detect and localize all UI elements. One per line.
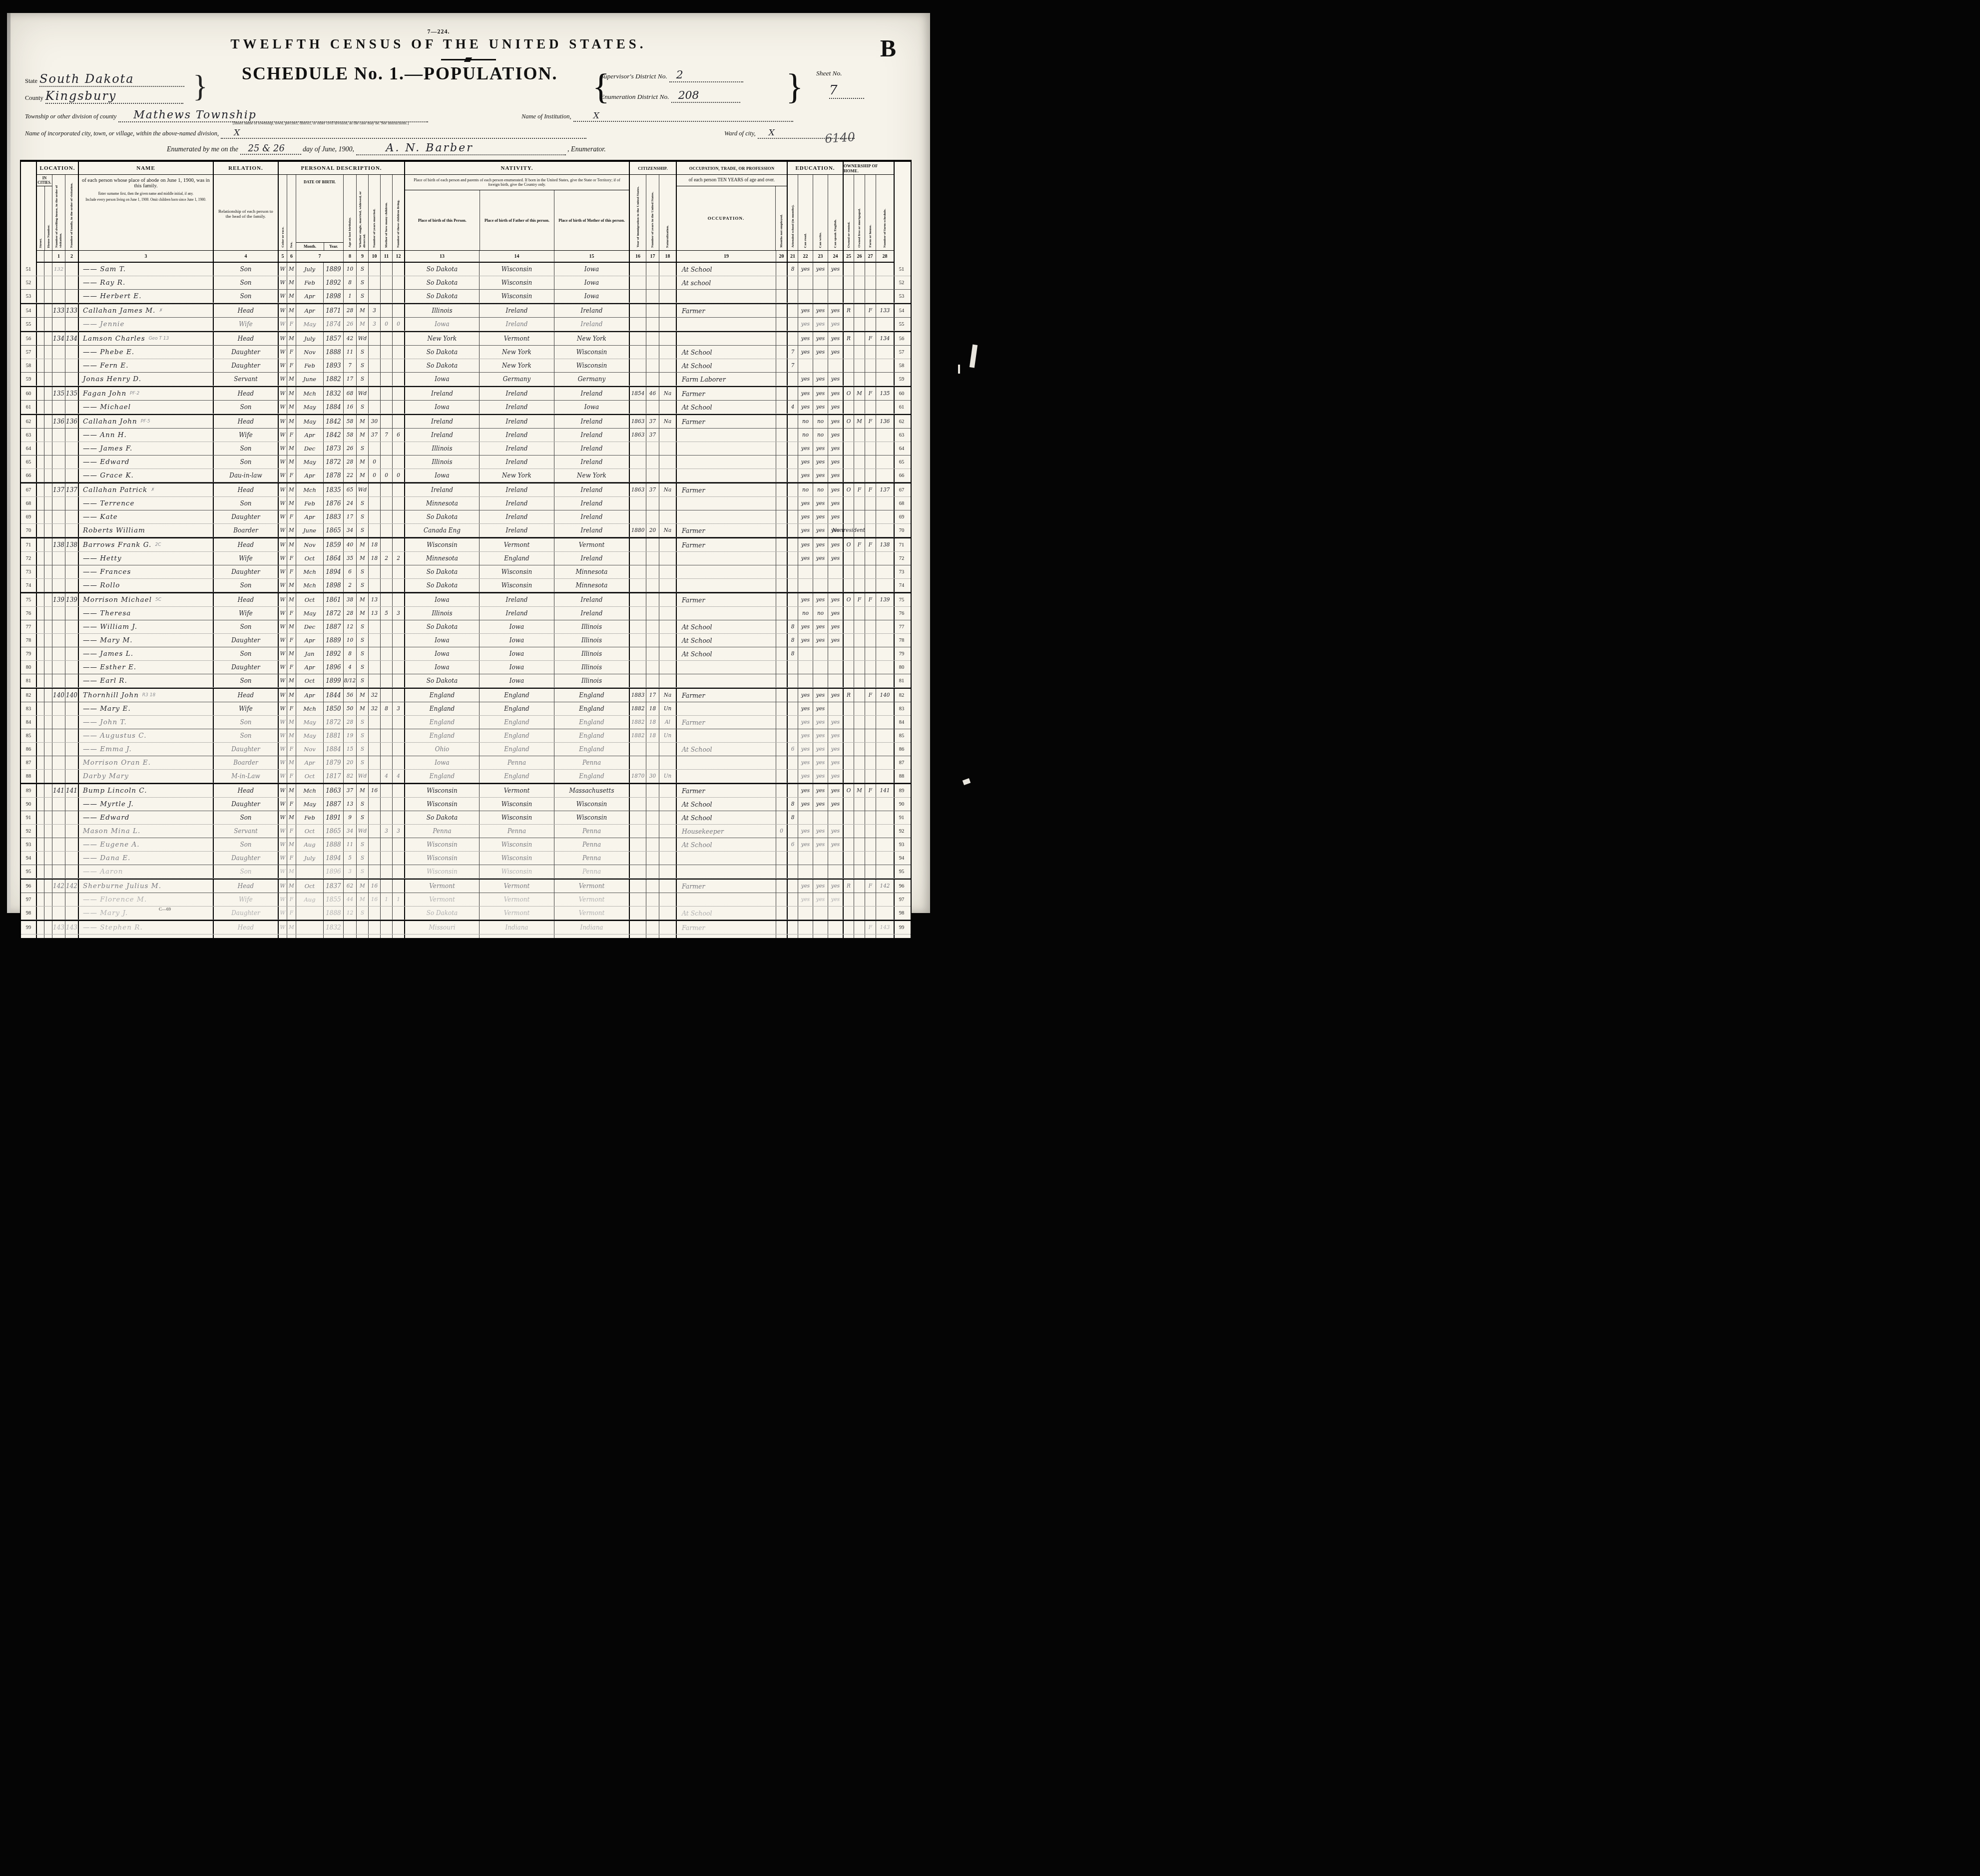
cell-att bbox=[787, 770, 798, 783]
cell-ym: 13 bbox=[368, 593, 380, 606]
cell-na bbox=[659, 497, 676, 510]
cell-en: yes bbox=[828, 497, 843, 510]
cell-mo bbox=[296, 907, 323, 920]
cell-p2: Ireland bbox=[479, 483, 554, 496]
institution-label: Name of Institution, bbox=[521, 113, 571, 120]
cell-mo: Apr bbox=[296, 756, 323, 769]
cell-na bbox=[659, 784, 676, 797]
pencil-annotation: 2C bbox=[155, 542, 161, 547]
cell-age: 10 bbox=[343, 263, 356, 276]
cell-hn bbox=[44, 497, 52, 510]
cell-hn bbox=[44, 661, 52, 674]
cell-en bbox=[828, 579, 843, 592]
cell-p3: Ireland bbox=[554, 510, 629, 523]
cell-wr: yes bbox=[813, 702, 828, 715]
cell-ym bbox=[368, 838, 380, 851]
cell-att bbox=[787, 497, 798, 510]
cell-rd: yes bbox=[798, 469, 813, 482]
cell-ml: 4 bbox=[392, 770, 404, 783]
cell-occ: Farmer bbox=[676, 921, 776, 934]
cell-occ bbox=[676, 607, 776, 620]
cell-own bbox=[843, 674, 854, 687]
section-location: LOCATION. bbox=[36, 162, 78, 175]
cell-ms: S bbox=[356, 838, 368, 851]
cell-rd: yes bbox=[798, 456, 813, 469]
cell-fs bbox=[876, 743, 894, 756]
cell-d bbox=[52, 647, 65, 660]
cell-rd: yes bbox=[798, 538, 813, 551]
cell-mne bbox=[776, 907, 787, 920]
cell-own bbox=[843, 907, 854, 920]
cell-c: W bbox=[278, 770, 287, 783]
cell-mb: 1 bbox=[380, 893, 392, 906]
cell-ms: S bbox=[356, 442, 368, 455]
cell-f bbox=[65, 825, 78, 838]
cell-ml bbox=[392, 456, 404, 469]
incorporated-city-label: Name of incorporated city, town, or vill… bbox=[25, 130, 219, 137]
cell-occ: Farmer bbox=[676, 483, 776, 496]
cell-mo: Dec bbox=[296, 442, 323, 455]
cell-rel: Head bbox=[213, 538, 278, 551]
cell-iy: 1882 bbox=[629, 702, 646, 715]
cell-fs bbox=[876, 935, 894, 938]
cell-fs bbox=[876, 825, 894, 838]
cell-en: yes bbox=[828, 593, 843, 606]
cell-occ bbox=[676, 852, 776, 865]
cell-ym: 18 bbox=[368, 538, 380, 551]
cell-na bbox=[659, 852, 676, 865]
cell-own bbox=[843, 647, 854, 660]
cell-na bbox=[659, 346, 676, 359]
cell-p1: Iowa bbox=[404, 401, 479, 414]
cell-wr bbox=[813, 935, 828, 938]
table-row: 54133133Callahan James M.✗HeadWMApr18712… bbox=[21, 303, 911, 318]
cell-yr: 1832 bbox=[323, 387, 343, 400]
cell-ms: S bbox=[356, 716, 368, 729]
cell-d bbox=[52, 442, 65, 455]
column-number: 18 bbox=[659, 251, 676, 263]
cell-ms: M bbox=[356, 893, 368, 906]
cell-occ: At School bbox=[676, 263, 776, 276]
cell-s: F bbox=[287, 935, 296, 938]
cell-na bbox=[659, 442, 676, 455]
cell-st bbox=[36, 290, 44, 303]
cell-ms: Wd bbox=[356, 387, 368, 400]
cell-fh: F bbox=[865, 483, 876, 496]
cell-en: yes bbox=[828, 415, 843, 428]
cell-rd: yes bbox=[798, 442, 813, 455]
cell-age: 6 bbox=[343, 565, 356, 578]
cell-p3: New York bbox=[554, 469, 629, 482]
col-farm-or-house: Farm or house. bbox=[865, 175, 876, 251]
cell-own bbox=[843, 565, 854, 578]
cell-ms: S bbox=[356, 510, 368, 523]
cell-own bbox=[843, 510, 854, 523]
col-birthplace-mother: Place of birth of Mother of this person. bbox=[554, 190, 629, 250]
cell-st bbox=[36, 401, 44, 414]
cell-s: F bbox=[287, 743, 296, 756]
cell-fs bbox=[876, 647, 894, 660]
cell-ym bbox=[368, 798, 380, 811]
cell-age: 34 bbox=[343, 524, 356, 537]
cell-p2: Iowa bbox=[479, 647, 554, 660]
township-value: Mathews Township bbox=[118, 109, 428, 122]
cell-p1: Wisconsin bbox=[404, 538, 479, 551]
cell-fm bbox=[854, 716, 865, 729]
cell-att bbox=[787, 825, 798, 838]
cell-iy: 1882 bbox=[629, 729, 646, 742]
cell-own: O bbox=[843, 415, 854, 428]
cell-p2: Wisconsin bbox=[479, 565, 554, 578]
table-row: 77—— William J.SonWMDec188712SSo DakotaI… bbox=[21, 620, 911, 634]
cell-age bbox=[343, 921, 356, 934]
cell-p2: Wisconsin bbox=[479, 852, 554, 865]
ward-field: Ward of city, X bbox=[724, 128, 855, 139]
cell-rn: 54 bbox=[21, 304, 36, 317]
cell-iy bbox=[629, 332, 646, 345]
cell-ml bbox=[392, 263, 404, 276]
cell-fs bbox=[876, 634, 894, 647]
cell-rn: 59 bbox=[21, 373, 36, 386]
cell-rn2: 90 bbox=[894, 798, 909, 811]
district-brace-open: { bbox=[592, 66, 610, 107]
col-house-number: House Number. bbox=[44, 186, 52, 250]
cell-iy bbox=[629, 469, 646, 482]
cell-rd bbox=[798, 811, 813, 824]
cell-p2: Wisconsin bbox=[479, 865, 554, 878]
cell-mne bbox=[776, 647, 787, 660]
cell-st bbox=[36, 469, 44, 482]
cell-yu bbox=[646, 838, 659, 851]
cell-rd: yes bbox=[798, 784, 813, 797]
cell-ml: 3 bbox=[392, 607, 404, 620]
cell-ym bbox=[368, 359, 380, 372]
cell-occ: Farmer bbox=[676, 689, 776, 702]
cell-st bbox=[36, 702, 44, 715]
cell-rel: Head bbox=[213, 483, 278, 496]
cell-rn2: 88 bbox=[894, 770, 909, 783]
cell-p2: England bbox=[479, 770, 554, 783]
cell-name: Callahan James M.✗ bbox=[78, 304, 213, 317]
table-row: 66—— Grace K.Dau-in-lawWFApr187822M000Io… bbox=[21, 469, 911, 482]
cell-fh bbox=[865, 756, 876, 769]
cell-mb bbox=[380, 304, 392, 317]
pencil-annotation: ✗ bbox=[151, 487, 155, 492]
cell-c: W bbox=[278, 689, 287, 702]
cell-st bbox=[36, 674, 44, 687]
cell-fh: F bbox=[865, 689, 876, 702]
cell-fm bbox=[854, 634, 865, 647]
cell-f: 138 bbox=[65, 538, 78, 551]
cell-name: Darby Mary bbox=[78, 770, 213, 783]
cell-f bbox=[65, 469, 78, 482]
cell-fm: M bbox=[854, 415, 865, 428]
cell-rd: yes bbox=[798, 263, 813, 276]
cell-p3: Iowa bbox=[554, 276, 629, 289]
cell-f bbox=[65, 524, 78, 537]
cell-mb bbox=[380, 716, 392, 729]
cell-yr: 1857 bbox=[323, 332, 343, 345]
cell-s: M bbox=[287, 880, 296, 893]
cell-ym: 16 bbox=[368, 880, 380, 893]
cell-yu bbox=[646, 921, 659, 934]
cell-mne bbox=[776, 276, 787, 289]
cell-ms: S bbox=[356, 359, 368, 372]
table-row: 83—— Mary E.WifeWFMch185050M3283EnglandE… bbox=[21, 702, 911, 716]
cell-rd: yes bbox=[798, 497, 813, 510]
cell-fh bbox=[865, 935, 876, 938]
cell-yu bbox=[646, 304, 659, 317]
cell-wr: yes bbox=[813, 263, 828, 276]
cell-name: —— Myrtle J. bbox=[78, 798, 213, 811]
cell-en: yes bbox=[828, 880, 843, 893]
cell-s: F bbox=[287, 469, 296, 482]
cell-rel: Son bbox=[213, 865, 278, 878]
cell-d bbox=[52, 620, 65, 633]
cell-f bbox=[65, 702, 78, 715]
cell-yr: 1896 bbox=[323, 661, 343, 674]
cell-na bbox=[659, 429, 676, 442]
cell-yr: 1835 bbox=[323, 483, 343, 496]
cell-s: F bbox=[287, 907, 296, 920]
cell-name: —— Kate bbox=[78, 510, 213, 523]
cell-p1: So Dakota bbox=[404, 620, 479, 633]
cell-d bbox=[52, 290, 65, 303]
cell-mb bbox=[380, 456, 392, 469]
cell-iy bbox=[629, 935, 646, 938]
cell-iy bbox=[629, 276, 646, 289]
cell-fm bbox=[854, 276, 865, 289]
cell-name: —— Esther E. bbox=[78, 661, 213, 674]
cell-age: 24 bbox=[343, 497, 356, 510]
cell-occ bbox=[676, 552, 776, 565]
cell-ml bbox=[392, 880, 404, 893]
cell-fh bbox=[865, 456, 876, 469]
cell-ms: Wd bbox=[356, 483, 368, 496]
cell-p2: Ireland bbox=[479, 304, 554, 317]
cell-hn bbox=[44, 359, 52, 372]
township-field: Township or other division of county Mat… bbox=[25, 109, 428, 122]
cell-p3: Penna bbox=[554, 825, 629, 838]
cell-p3: England bbox=[554, 729, 629, 742]
cell-en: yes bbox=[828, 689, 843, 702]
cell-rn2: 62 bbox=[894, 415, 909, 428]
cell-mb bbox=[380, 907, 392, 920]
cell-d bbox=[52, 524, 65, 537]
cell-rn2: 58 bbox=[894, 359, 909, 372]
cell-na bbox=[659, 620, 676, 633]
cell-c: W bbox=[278, 538, 287, 551]
cell-p1: Wisconsin bbox=[404, 852, 479, 865]
cell-yr: 1884 bbox=[323, 401, 343, 414]
cell-yu bbox=[646, 538, 659, 551]
cell-fm: M bbox=[854, 784, 865, 797]
table-row: 85—— Augustus C.SonWMMay188119SEnglandEn… bbox=[21, 729, 911, 743]
cell-fs bbox=[876, 852, 894, 865]
cell-c: W bbox=[278, 825, 287, 838]
cell-iy bbox=[629, 838, 646, 851]
cell-rel: M-in-Law bbox=[213, 770, 278, 783]
cell-age: 37 bbox=[343, 784, 356, 797]
cell-wr: yes bbox=[813, 689, 828, 702]
cell-name: —— William J. bbox=[78, 620, 213, 633]
cell-f: 133 bbox=[65, 304, 78, 317]
cell-occ: At School bbox=[676, 620, 776, 633]
cell-mb bbox=[380, 756, 392, 769]
cell-na bbox=[659, 825, 676, 838]
cell-c: W bbox=[278, 634, 287, 647]
cell-yu bbox=[646, 469, 659, 482]
cell-ms: S bbox=[356, 401, 368, 414]
cell-rn2: 71 bbox=[894, 538, 909, 551]
table-row: 78—— Mary M.DaughterWFApr188910SIowaIowa… bbox=[21, 634, 911, 647]
cell-rn: 74 bbox=[21, 579, 36, 592]
cell-yu bbox=[646, 401, 659, 414]
pencil-annotation: PF-2 bbox=[130, 391, 139, 396]
cell-rn2: 67 bbox=[894, 483, 909, 496]
cell-rd: yes bbox=[798, 346, 813, 359]
cell-yr: 1842 bbox=[323, 415, 343, 428]
cell-age: 28 bbox=[343, 304, 356, 317]
cell-f bbox=[65, 620, 78, 633]
cell-own bbox=[843, 620, 854, 633]
col-years-married: Number of years married. bbox=[368, 175, 380, 251]
cell-mo: Oct bbox=[296, 825, 323, 838]
cell-f bbox=[65, 401, 78, 414]
col-owned-or-rented: Owned or rented. bbox=[843, 175, 854, 251]
cell-occ bbox=[676, 469, 776, 482]
cell-s: M bbox=[287, 497, 296, 510]
cell-name: —— Hetty bbox=[78, 552, 213, 565]
cell-s: M bbox=[287, 593, 296, 606]
cell-fs bbox=[876, 865, 894, 878]
cell-name: —— Edward bbox=[78, 811, 213, 824]
cell-p2: Ireland bbox=[479, 456, 554, 469]
cell-mo: Apr bbox=[296, 429, 323, 442]
cell-na bbox=[659, 756, 676, 769]
cell-occ: At School bbox=[676, 743, 776, 756]
cell-iy bbox=[629, 442, 646, 455]
cell-na bbox=[659, 907, 676, 920]
cell-mo: Nov bbox=[296, 346, 323, 359]
cell-d: 138 bbox=[52, 538, 65, 551]
cell-mo: July bbox=[296, 263, 323, 276]
cell-en bbox=[828, 674, 843, 687]
cell-mne bbox=[776, 346, 787, 359]
cell-mo: Feb bbox=[296, 497, 323, 510]
cell-f bbox=[65, 716, 78, 729]
cell-en: yes bbox=[828, 770, 843, 783]
cell-fh: F bbox=[865, 332, 876, 345]
cell-d bbox=[52, 318, 65, 331]
cell-wr: yes bbox=[813, 497, 828, 510]
table-row: 56134134Lamson CharlesGeo T 13HeadWMJuly… bbox=[21, 331, 911, 346]
cell-rd: yes bbox=[798, 373, 813, 386]
cell-yr: 1898 bbox=[323, 579, 343, 592]
cell-hn bbox=[44, 674, 52, 687]
cell-p3: Ireland bbox=[554, 304, 629, 317]
cell-hn bbox=[44, 743, 52, 756]
cell-rn2: 79 bbox=[894, 647, 909, 660]
cell-d: 141 bbox=[52, 784, 65, 797]
cell-na: Na bbox=[659, 689, 676, 702]
table-row: 73—— FrancesDaughterWFMch18946SSo Dakota… bbox=[21, 565, 911, 579]
table-row: 60135135Fagan JohnPF-2HeadWMMch183268WdI… bbox=[21, 386, 911, 401]
cell-name: —— Fern E. bbox=[78, 359, 213, 372]
cell-rel: Wife bbox=[213, 607, 278, 620]
cell-mo bbox=[296, 935, 323, 938]
cell-ml bbox=[392, 798, 404, 811]
cell-p2: Ireland bbox=[479, 607, 554, 620]
cell-name: —— James F. bbox=[78, 442, 213, 455]
cell-iy bbox=[629, 784, 646, 797]
cell-occ: At School bbox=[676, 359, 776, 372]
cell-name: —— Emma J. bbox=[78, 743, 213, 756]
cell-rel: Son bbox=[213, 276, 278, 289]
cell-hn bbox=[44, 318, 52, 331]
cell-ym bbox=[368, 524, 380, 537]
cell-rn2: 83 bbox=[894, 702, 909, 715]
cell-mo: Mch bbox=[296, 579, 323, 592]
cell-yu bbox=[646, 607, 659, 620]
cell-p1: Wisconsin bbox=[404, 838, 479, 851]
cell-fm bbox=[854, 852, 865, 865]
cell-p1: Illinois bbox=[404, 456, 479, 469]
cell-p2: Ireland bbox=[479, 429, 554, 442]
cell-age: 62 bbox=[343, 880, 356, 893]
cell-na bbox=[659, 552, 676, 565]
cell-age: 28 bbox=[343, 716, 356, 729]
cell-mb bbox=[380, 661, 392, 674]
cell-iy bbox=[629, 634, 646, 647]
supervisor-district-label: Supervisor's District No. bbox=[600, 72, 667, 80]
cell-mne bbox=[776, 702, 787, 715]
cell-mo: Aug bbox=[296, 838, 323, 851]
cell-d bbox=[52, 893, 65, 906]
cell-iy bbox=[629, 798, 646, 811]
cell-p3: Wisconsin bbox=[554, 359, 629, 372]
cell-rd bbox=[798, 661, 813, 674]
cell-wr bbox=[813, 290, 828, 303]
cell-p1: Minnesota bbox=[404, 552, 479, 565]
cell-mb bbox=[380, 880, 392, 893]
cell-ms: M bbox=[356, 318, 368, 331]
cell-yu bbox=[646, 565, 659, 578]
cell-fh: F bbox=[865, 593, 876, 606]
cell-s: M bbox=[287, 716, 296, 729]
cell-p2: Wisconsin bbox=[479, 579, 554, 592]
cell-ym bbox=[368, 346, 380, 359]
cell-ml bbox=[392, 865, 404, 878]
section-relation: RELATION. bbox=[213, 162, 278, 175]
cell-ms: M bbox=[356, 784, 368, 797]
cell-att bbox=[787, 935, 798, 938]
cell-f bbox=[65, 607, 78, 620]
cell-mb bbox=[380, 811, 392, 824]
cell-yu bbox=[646, 784, 659, 797]
cell-fm bbox=[854, 607, 865, 620]
cell-fh bbox=[865, 674, 876, 687]
cell-yu: 37 bbox=[646, 415, 659, 428]
cell-yr: 1899 bbox=[323, 674, 343, 687]
cell-att bbox=[787, 373, 798, 386]
table-row: 70Roberts WilliamBoarderWMJune186534SCan… bbox=[21, 524, 911, 537]
cell-age: 17 bbox=[343, 510, 356, 523]
cell-na bbox=[659, 538, 676, 551]
cell-hn bbox=[44, 935, 52, 938]
cell-mo: Oct bbox=[296, 674, 323, 687]
table-row: 84—— John T.SonWMMay187228SEnglandEnglan… bbox=[21, 716, 911, 729]
